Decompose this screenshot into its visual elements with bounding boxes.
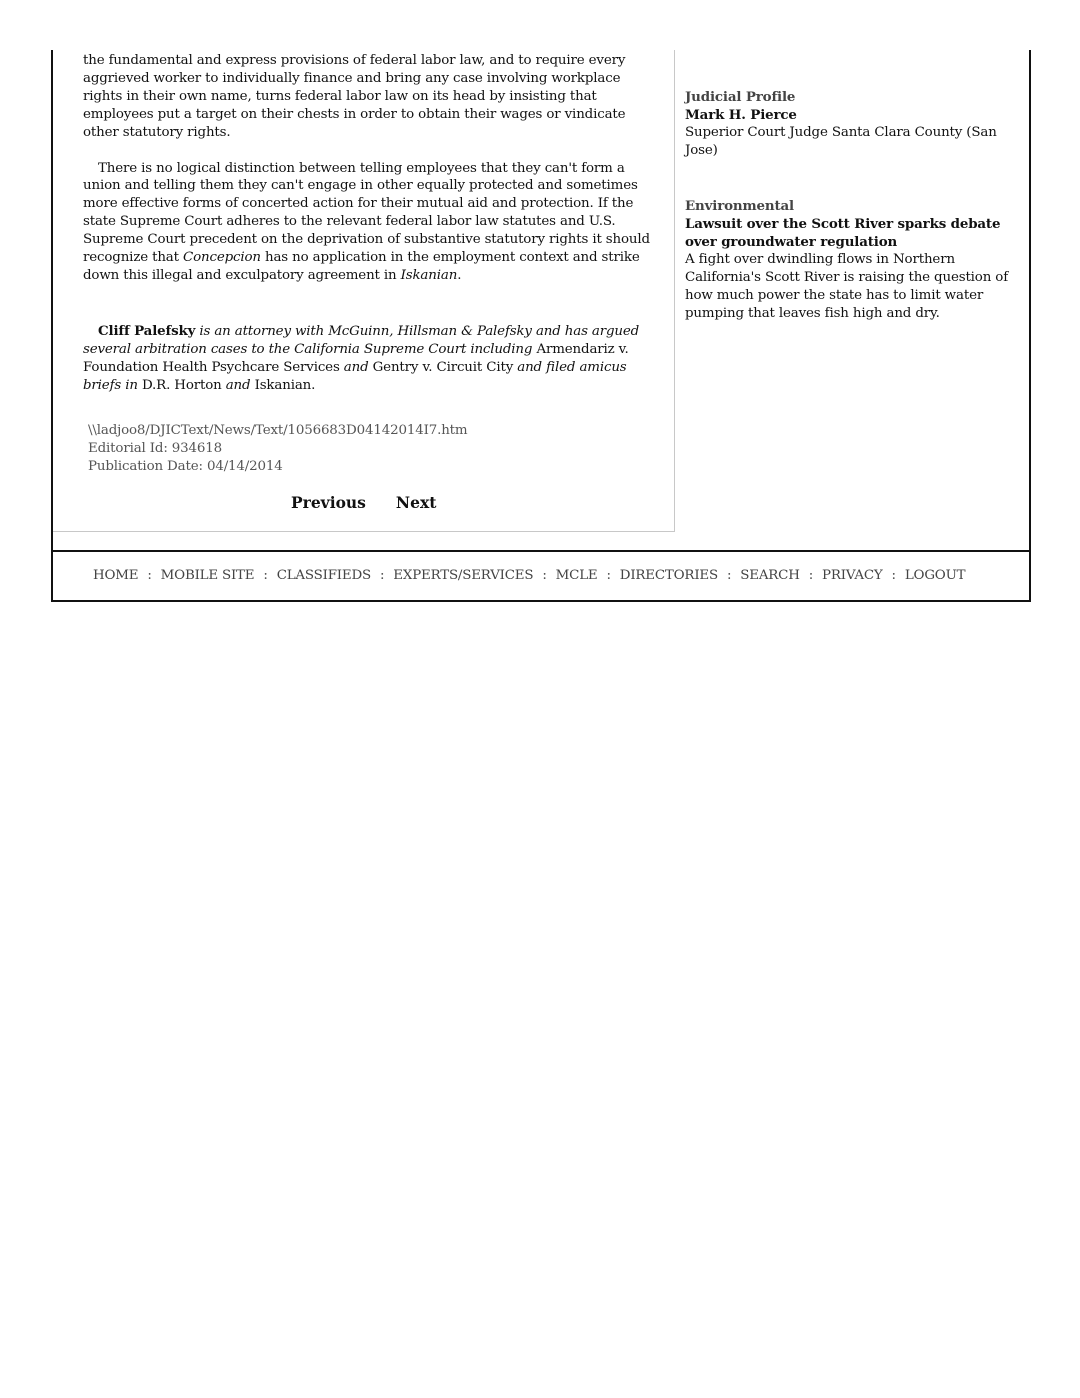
footer-link-home[interactable]: HOME (93, 568, 138, 583)
author-name: Cliff Palefsky (98, 323, 195, 339)
nav-separator: : (606, 568, 610, 583)
footer-link-logout[interactable]: LOGOUT (905, 568, 966, 583)
sidebar-item-environmental: Environmental Lawsuit over the Scott Riv… (685, 197, 1020, 323)
editorial-id: Editorial Id: 934618 (88, 440, 467, 458)
bio-text: and (222, 378, 255, 393)
sidebar-item-title-link[interactable]: Lawsuit over the Scott River sparks deba… (685, 215, 1020, 251)
footer-link-mobile-site[interactable]: MOBILE SITE (161, 568, 255, 583)
bio-text: . (311, 378, 315, 393)
publication-date: Publication Date: 04/14/2014 (88, 458, 467, 476)
article-body: the fundamental and express provisions o… (83, 52, 661, 413)
article-paragraph: the fundamental and express provisions o… (83, 52, 661, 142)
case-name-italic: Concepcion (183, 250, 261, 265)
nav-separator: : (380, 568, 384, 583)
footer: HOME:MOBILE SITE:CLASSIFIEDS:EXPERTS/SER… (51, 550, 1031, 602)
sidebar-item-judicial-profile: Judicial Profile Mark H. Pierce Superior… (685, 88, 1020, 160)
nav-separator: : (727, 568, 731, 583)
next-link[interactable]: Next (396, 493, 436, 512)
case-name: Iskanian (255, 378, 312, 393)
sidebar-category: Environmental (685, 197, 1020, 215)
file-path: \\ladjoo8/DJICText/News/Text/1056683D041… (88, 422, 467, 440)
author-bio: Cliff Palefsky is an attorney with McGui… (83, 323, 661, 395)
case-name: D.R. Horton (142, 378, 222, 393)
nav-separator: : (542, 568, 546, 583)
paragraph-text: . (457, 268, 461, 283)
bio-text: and (340, 360, 373, 375)
page-frame: the fundamental and express provisions o… (51, 50, 1031, 550)
footer-link-classifieds[interactable]: CLASSIFIEDS (277, 568, 371, 583)
footer-link-mcle[interactable]: MCLE (556, 568, 598, 583)
sidebar-item-description: Superior Court Judge Santa Clara County … (685, 124, 1020, 160)
article-paragraph: There is no logical distinction between … (83, 160, 661, 285)
footer-link-experts-services[interactable]: EXPERTS/SERVICES (393, 568, 533, 583)
nav-separator: : (147, 568, 151, 583)
case-name-italic: Iskanian (401, 268, 458, 283)
footer-nav: HOME:MOBILE SITE:CLASSIFIEDS:EXPERTS/SER… (93, 568, 965, 583)
article-column: the fundamental and express provisions o… (53, 50, 675, 532)
nav-separator: : (263, 568, 267, 583)
article-meta: \\ladjoo8/DJICText/News/Text/1056683D041… (88, 422, 467, 476)
pager: PreviousNext (291, 493, 436, 512)
footer-link-directories[interactable]: DIRECTORIES (620, 568, 718, 583)
sidebar-item-description: A fight over dwindling flows in Northern… (685, 251, 1020, 323)
sidebar-category: Judicial Profile (685, 88, 1020, 106)
footer-link-search[interactable]: SEARCH (740, 568, 799, 583)
nav-separator: : (809, 568, 813, 583)
previous-link[interactable]: Previous (291, 493, 366, 512)
sidebar-item-title-link[interactable]: Mark H. Pierce (685, 106, 1020, 124)
footer-link-privacy[interactable]: PRIVACY (822, 568, 883, 583)
nav-separator: : (892, 568, 896, 583)
case-name: Gentry v. Circuit City (373, 360, 514, 375)
sidebar: Judicial Profile Mark H. Pierce Superior… (685, 88, 1020, 360)
